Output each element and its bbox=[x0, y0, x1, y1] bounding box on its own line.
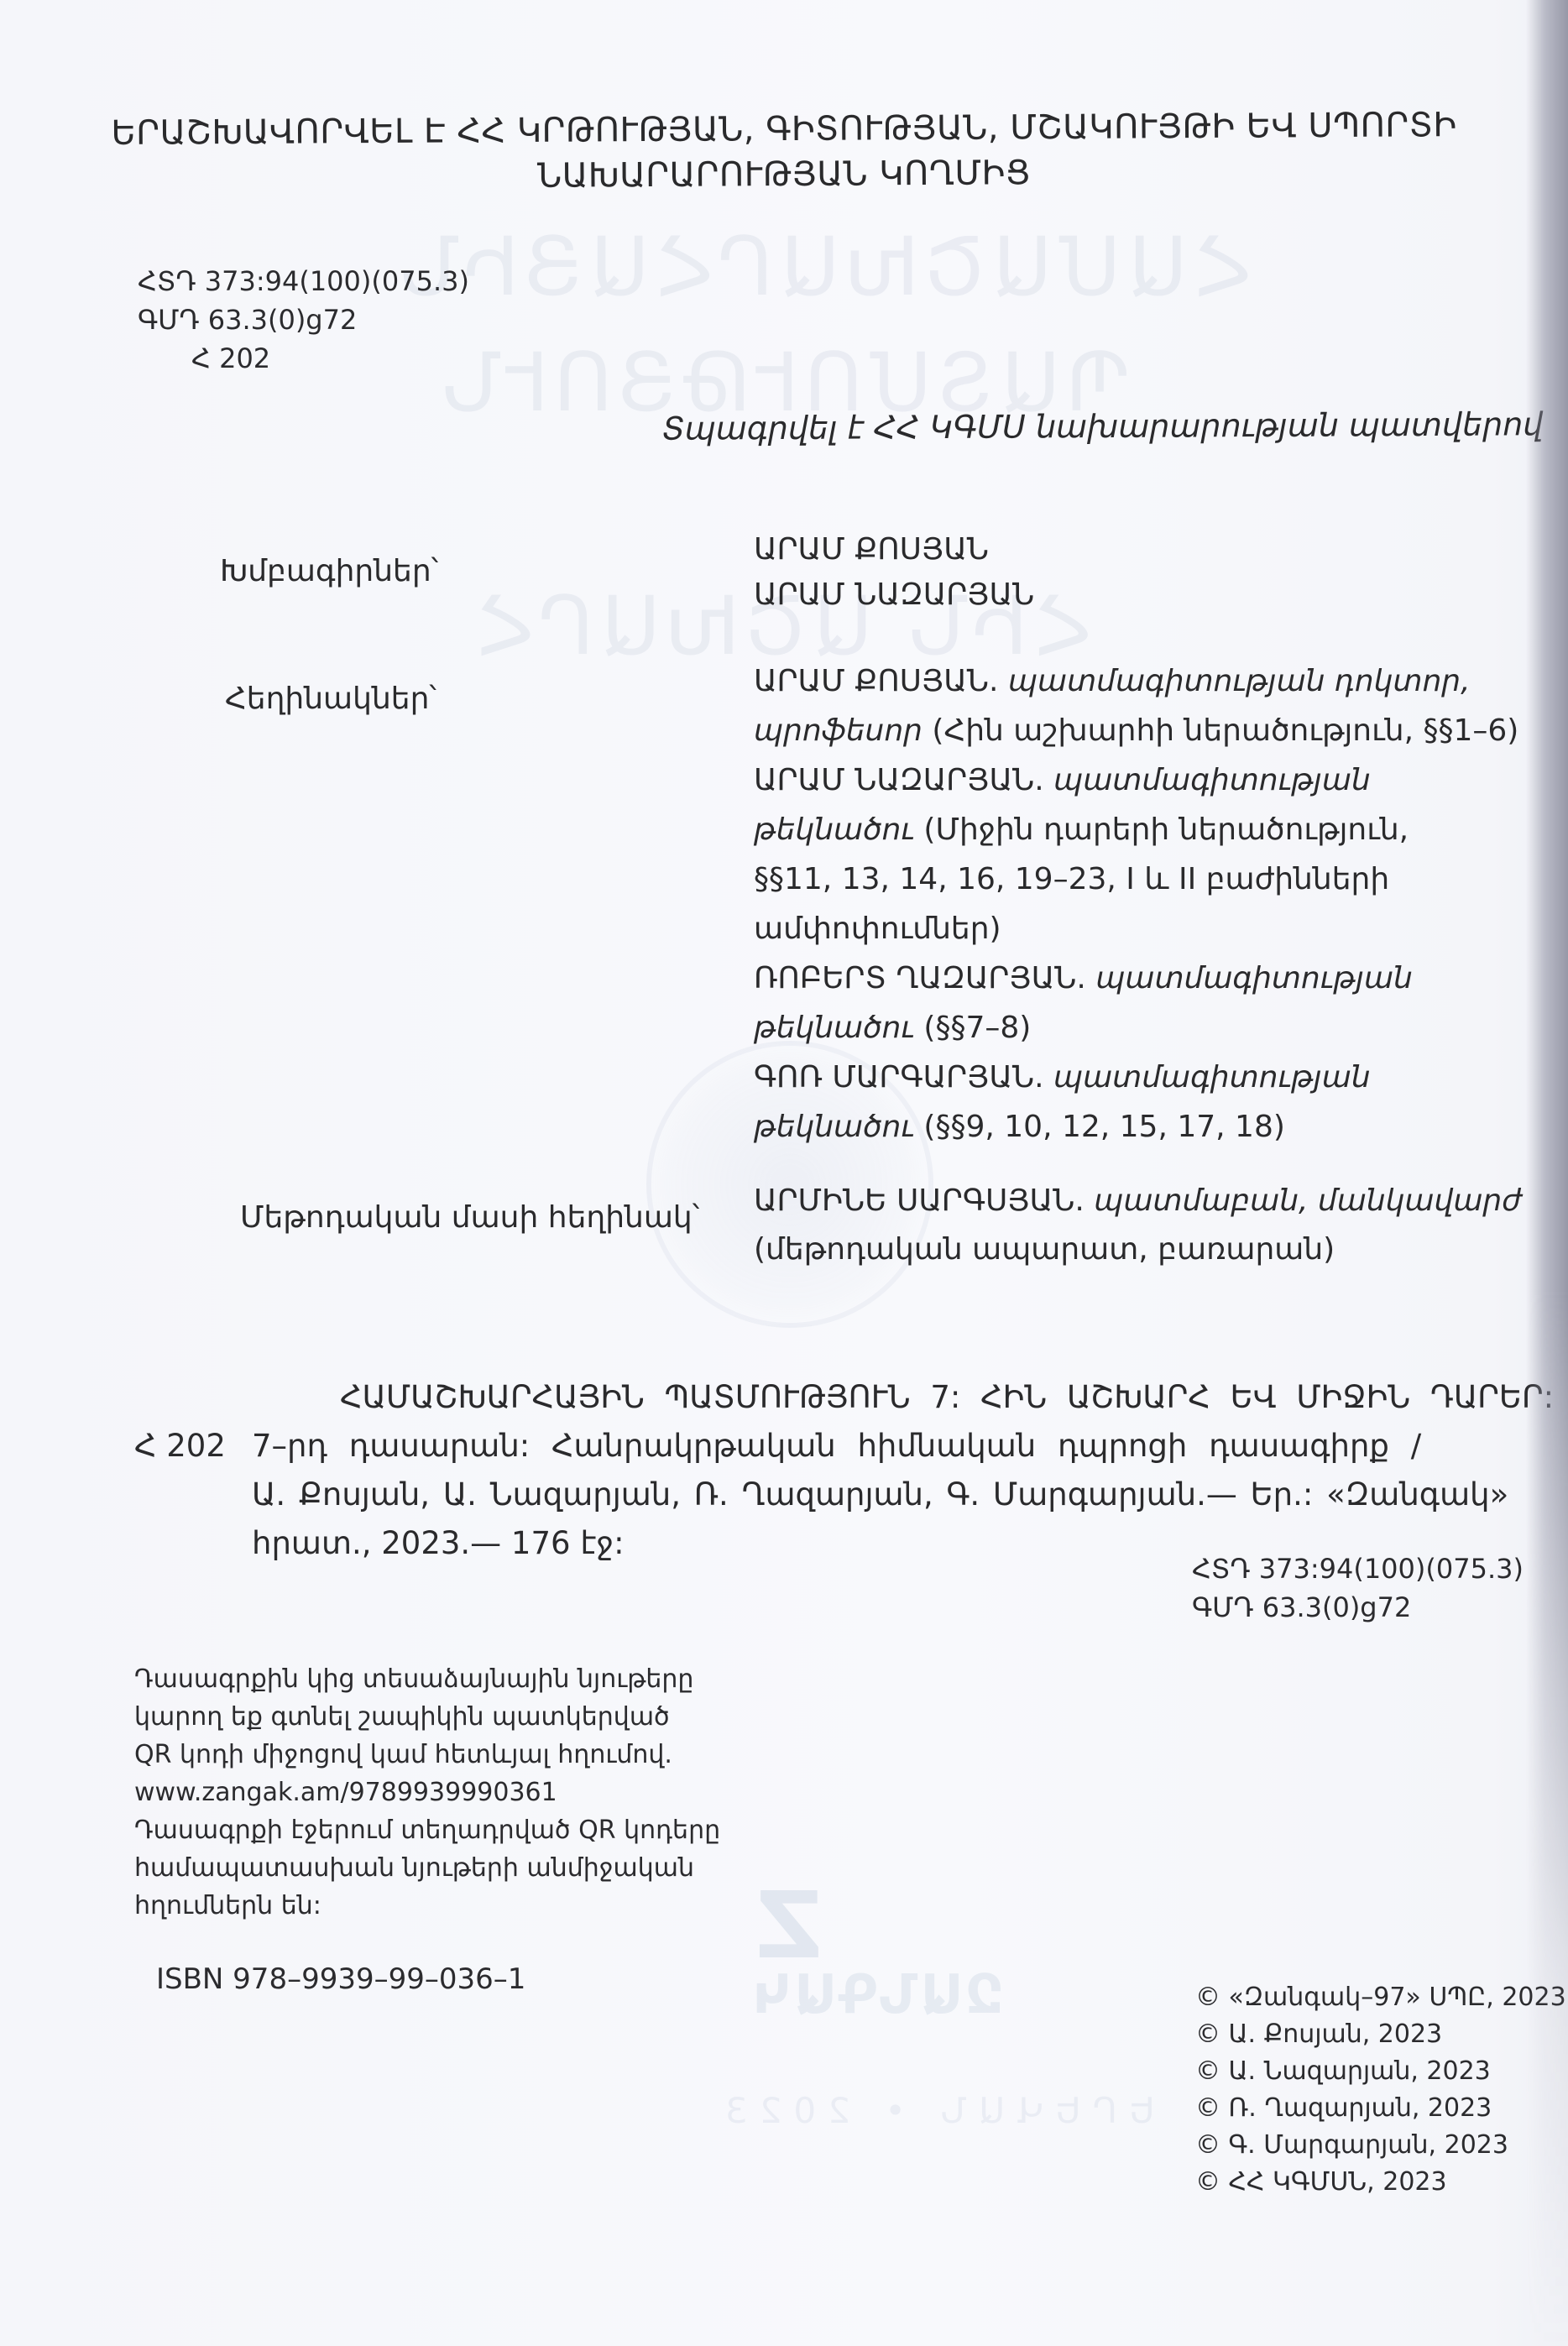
copyright-list: © «Զանգակ–97» ՍՊԸ, 2023© Ա. Քոսյան, 2023… bbox=[1195, 1979, 1566, 2201]
credit-title: թեկնածու bbox=[754, 812, 923, 847]
show-through-publisher: ԶԱՆԳԱԿ bbox=[751, 1964, 1004, 2026]
copyright-line: © Ռ. Ղազարյան, 2023 bbox=[1195, 2090, 1566, 2127]
qr-note-line: Դասագրքին կից տեսաձայնային նյութերը bbox=[134, 1660, 720, 1698]
qr-note-line: հղումներն են: bbox=[134, 1887, 720, 1925]
credit-name: ԳՈՌ ՄԱՐԳԱՐՅԱՆ. bbox=[754, 1060, 1053, 1095]
isbn: ISBN 978–9939–99–036–1 bbox=[156, 1962, 525, 1996]
bbk-code: ԳՄԴ 63.3(0)g72 bbox=[1192, 1588, 1524, 1627]
credit-note: ամփոփումներ) bbox=[754, 912, 1001, 946]
credit-title: պատմագիտության դոկտոր, bbox=[1008, 664, 1471, 698]
credit-note: (§§7–8) bbox=[923, 1011, 1031, 1045]
classification-top: ՀՏԴ 373:94(100)(075.3) ԳՄԴ 63.3(0)g72 Հ … bbox=[138, 262, 469, 378]
credit-name: ՌՈԲԵՐՏ ՂԱԶԱՐՅԱՆ. bbox=[754, 961, 1095, 995]
catalog-line: 7–րդ դասարան: Հանրակրթական հիմնական դպրո… bbox=[159, 1422, 1554, 1471]
qr-note-line: QR կոդի միջոցով կամ հետևյալ հղումով. bbox=[134, 1736, 720, 1774]
qr-note-line: համապատասխան նյութերի անմիջական bbox=[134, 1849, 720, 1887]
credit-note: (մեթոդական ապարատ, բառարան) bbox=[754, 1232, 1335, 1267]
editor-name: ԱՐԱՄ ՔՈՍՅԱՆ bbox=[754, 527, 1034, 572]
credit-note: §§11, 13, 14, 16, 19–23, I և II բաժիններ… bbox=[754, 862, 1389, 896]
credit-line: թեկնածու (§§9, 10, 12, 15, 17, 18) bbox=[754, 1102, 1518, 1152]
credit-line: (մեթոդական ապարատ, բառարան) bbox=[754, 1225, 1522, 1274]
credit-line: ԱՐՄԻՆԵ ՍԱՐԳՍՅԱՆ. պատմաբան, մանկավարժ bbox=[754, 1177, 1522, 1225]
credit-line: ամփոփումներ) bbox=[754, 904, 1518, 954]
credit-name: ԱՐՄԻՆԵ ՍԱՐԳՍՅԱՆ. bbox=[754, 1183, 1094, 1218]
classification-bottom: ՀՏԴ 373:94(100)(075.3) ԳՄԴ 63.3(0)g72 bbox=[1192, 1549, 1524, 1627]
credit-title: պատմագիտության bbox=[1095, 961, 1413, 995]
copyright-line: © Գ. Մարգարյան, 2023 bbox=[1195, 2127, 1566, 2164]
catalog-entry: Հ 202 ՀԱՄԱՇԽԱՐՀԱՅԻՆ ՊԱՏՄՈՒԹՅՈՒՆ 7: ՀԻՆ Ա… bbox=[159, 1373, 1554, 1568]
credit-title: պատմագիտության bbox=[1053, 763, 1371, 797]
credit-title: պրոֆեսոր bbox=[754, 713, 932, 748]
udc-code: ՀՏԴ 373:94(100)(075.3) bbox=[138, 262, 469, 300]
authors-list: ԱՐԱՄ ՔՈՍՅԱՆ. պատմագիտության դոկտոր,պրոֆե… bbox=[754, 656, 1518, 1152]
credit-title: պատմագիտության bbox=[1053, 1060, 1371, 1095]
credit-line: ՌՈԲԵՐՏ ՂԱԶԱՐՅԱՆ. պատմագիտության bbox=[754, 954, 1518, 1003]
qr-link[interactable]: www.zangak.am/9789939990361 bbox=[134, 1774, 720, 1811]
qr-note-line: Դասագրքի էջերում տեղադրված QR կոդերը bbox=[134, 1811, 720, 1849]
credit-title: թեկնածու bbox=[754, 1011, 923, 1045]
methodology-list: ԱՐՄԻՆԵ ՍԱՐԳՍՅԱՆ. պատմաբան, մանկավարժ(մեթ… bbox=[754, 1177, 1522, 1274]
methodology-label: Մեթոդական մասի հեղինակ՝ bbox=[240, 1200, 699, 1235]
copyright-line: © Ա. Նազարյան, 2023 bbox=[1195, 2053, 1566, 2090]
credit-name: ԱՐԱՄ ՆԱԶԱՐՅԱՆ. bbox=[754, 763, 1053, 797]
editors-label: Խմբագիրներ՝ bbox=[220, 554, 438, 588]
catalog-call-mark: Հ 202 bbox=[134, 1422, 226, 1471]
udc-code: ՀՏԴ 373:94(100)(075.3) bbox=[1192, 1549, 1524, 1588]
author-mark: Հ 202 bbox=[138, 339, 469, 378]
credit-name: ԱՐԱՄ ՔՈՍՅԱՆ. bbox=[754, 664, 1008, 698]
credit-line: ԱՐԱՄ ՆԱԶԱՐՅԱՆ. պատմագիտության bbox=[754, 755, 1518, 805]
editor-name: ԱՐԱՄ ՆԱԶԱՐՅԱՆ bbox=[754, 572, 1034, 618]
bbk-code: ԳՄԴ 63.3(0)g72 bbox=[138, 300, 469, 339]
printed-note: Տպագրվել է ՀՀ ԿԳՄՍ նախարարության պատվերո… bbox=[662, 405, 1544, 447]
credit-line: ԳՈՌ ՄԱՐԳԱՐՅԱՆ. պատմագիտության bbox=[754, 1053, 1518, 1102]
show-through-footer: ԵՐԵՎԱՆ • 2023 bbox=[713, 2090, 1154, 2131]
credit-line: §§11, 13, 14, 16, 19–23, I և II բաժիններ… bbox=[754, 854, 1518, 904]
credit-line: պրոֆեսոր (Հին աշխարհի ներածություն, §§1–… bbox=[754, 706, 1518, 755]
credit-note: (Միջին դարերի ներածություն, bbox=[923, 812, 1409, 847]
credit-note: (§§9, 10, 12, 15, 17, 18) bbox=[923, 1110, 1284, 1144]
binding-shadow bbox=[1526, 0, 1568, 2346]
publisher-logo-icon: Z bbox=[755, 1872, 823, 1979]
authors-label: Հեղինակներ՝ bbox=[225, 682, 436, 716]
copyright-line: © Ա. Քոսյան, 2023 bbox=[1195, 2016, 1566, 2053]
credit-line: թեկնածու (Միջին դարերի ներածություն, bbox=[754, 805, 1518, 854]
credit-title: թեկնածու bbox=[754, 1110, 923, 1144]
copyright-line: © ՀՀ ԿԳՄՍՆ, 2023 bbox=[1195, 2164, 1566, 2201]
qr-note-line: կարող եք գտնել շապիկին պատկերված bbox=[134, 1698, 720, 1736]
catalog-line: ՀԱՄԱՇԽԱՐՀԱՅԻՆ ՊԱՏՄՈՒԹՅՈՒՆ 7: ՀԻՆ ԱՇԽԱՐՀ … bbox=[159, 1373, 1554, 1422]
editors-list: ԱՐԱՄ ՔՈՍՅԱՆ ԱՐԱՄ ՆԱԶԱՐՅԱՆ bbox=[754, 527, 1034, 618]
credit-line: ԱՐԱՄ ՔՈՍՅԱՆ. պատմագիտության դոկտոր, bbox=[754, 656, 1518, 706]
credit-title: պատմաբան, մանկավարժ bbox=[1094, 1183, 1522, 1218]
credit-line: թեկնածու (§§7–8) bbox=[754, 1003, 1518, 1053]
credit-note: (Հին աշխարհի ներածություն, §§1–6) bbox=[932, 713, 1518, 748]
qr-note: Դասագրքին կից տեսաձայնային նյութերըկարող… bbox=[134, 1660, 720, 1925]
copyright-line: © «Զանգակ–97» ՍՊԸ, 2023 bbox=[1195, 1979, 1566, 2016]
catalog-line: Ա. Քոսյան, Ա. Նազարյան, Ռ. Ղազարյան, Գ. … bbox=[159, 1471, 1554, 1519]
